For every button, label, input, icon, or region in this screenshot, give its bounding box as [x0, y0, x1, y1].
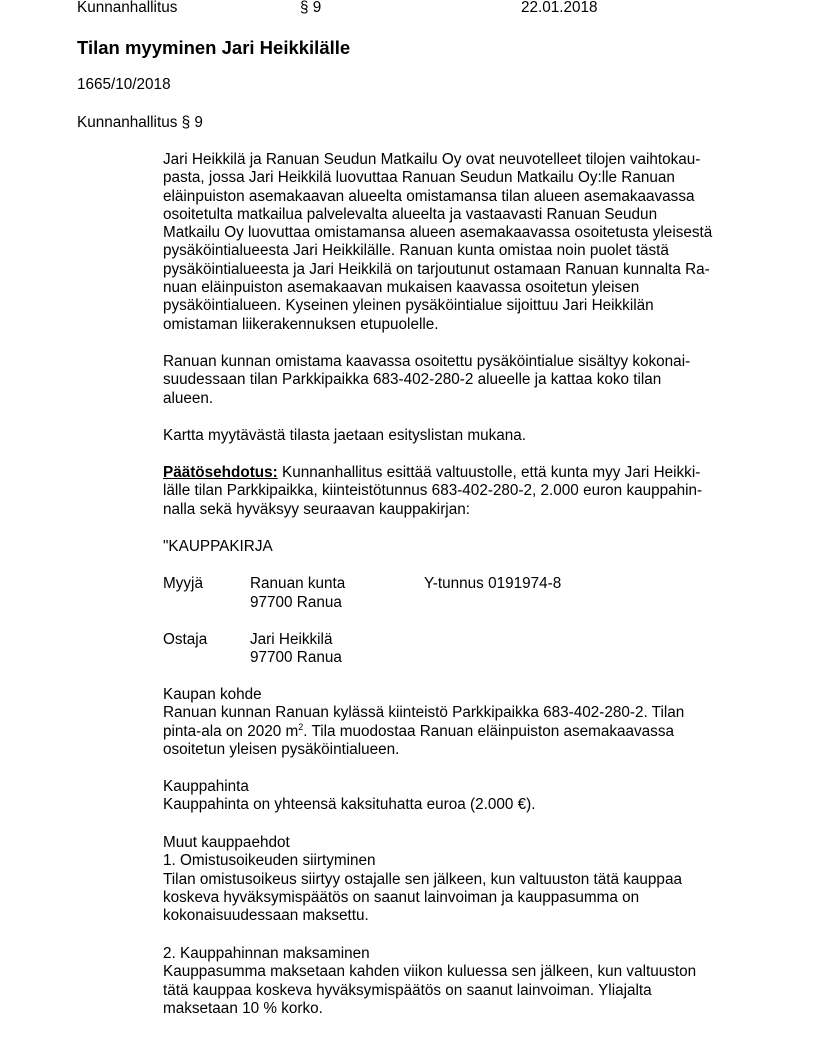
- text-line: eläinpuiston asemakaavan alueelta omista…: [163, 188, 753, 206]
- seller-name: Ranuan kunta: [250, 575, 345, 593]
- text-line: pasta, jossa Jari Heikkilä luovuttaa Ran…: [163, 169, 753, 187]
- text-line: nuan eläinpuiston asemakaavan mukaisen k…: [163, 279, 753, 297]
- contract-heading: "KAUPPAKIRJA: [163, 538, 753, 556]
- text-line: tätä kauppaa koskeva hyväksymispäätös on…: [163, 982, 753, 1000]
- buyer-address: 97700 Ranua: [250, 649, 342, 667]
- seller-label: Myyjä: [163, 575, 203, 593]
- text-line: lälle tilan Parkkipaikka, kiinteistötunn…: [163, 482, 753, 500]
- text-fragment: . Tila muodostaa Ranuan eläinpuiston ase…: [303, 723, 674, 740]
- text-line: osoitetun yleisen pysäköintialueen.: [163, 741, 753, 759]
- paragraph-background: Jari Heikkilä ja Ranuan Seudun Matkailu …: [163, 151, 753, 334]
- text-line: nalla sekä hyväksyy seuraavan kauppakirj…: [163, 501, 753, 519]
- header-section: § 9: [300, 0, 321, 17]
- seller-business-id: Y-tunnus 0191974-8: [424, 575, 561, 593]
- header-date: 22.01.2018: [521, 0, 598, 17]
- text-line: kokonaisuudessaan maksettu.: [163, 907, 753, 925]
- text-fragment: pinta-ala on 2020 m: [163, 723, 298, 740]
- text-line: Tilan omistusoikeus siirtyy ostajalle se…: [163, 871, 753, 889]
- text-line: koskeva hyväksymispäätös on saanut lainv…: [163, 889, 753, 907]
- term-title: 1. Omistusoikeuden siirtyminen: [163, 852, 753, 870]
- payment-term-section: 2. Kauppahinnan maksaminen Kauppasumma m…: [163, 945, 753, 1018]
- text-line: Kunnanhallitus esittää valtuustolle, ett…: [278, 464, 701, 481]
- buyer-label: Ostaja: [163, 631, 207, 649]
- text-line: Kauppasumma maksetaan kahden viikon kulu…: [163, 963, 753, 981]
- text-line: pinta-ala on 2020 m2. Tila muodostaa Ran…: [163, 723, 753, 741]
- text-line: osoitetulta matkailua palvelevalta aluee…: [163, 206, 753, 224]
- text-line: Matkailu Oy luovuttaa omistamansa alueen…: [163, 224, 753, 242]
- term-title: 2. Kauppahinnan maksaminen: [163, 945, 753, 963]
- text-line: suudessaan tilan Parkkipaikka 683-402-28…: [163, 371, 753, 389]
- text-line: Jari Heikkilä ja Ranuan Seudun Matkailu …: [163, 151, 753, 169]
- decision-proposal: Päätösehdotus: Kunnanhallitus esittää va…: [163, 464, 753, 519]
- page-title: Tilan myyminen Jari Heikkilälle: [77, 37, 350, 59]
- text-line: alueen.: [163, 390, 753, 408]
- text-line: pysäköintialueesta ja Jari Heikkilä on t…: [163, 261, 753, 279]
- section-heading: Muut kauppaehdot: [163, 834, 753, 852]
- sale-object-section: Kaupan kohde Ranuan kunnan Ranuan kyläss…: [163, 686, 753, 759]
- text-line: Kartta myytävästä tilasta jaetaan esitys…: [163, 427, 753, 445]
- buyer-name: Jari Heikkilä: [250, 631, 332, 649]
- seller-address: 97700 Ranua: [250, 594, 342, 612]
- text-line: Kauppahinta on yhteensä kaksituhatta eur…: [163, 796, 753, 814]
- text-line: maksetaan 10 % korko.: [163, 1000, 753, 1018]
- board-reference: Kunnanhallitus § 9: [77, 114, 203, 132]
- contract-title: "KAUPPAKIRJA: [163, 538, 753, 556]
- paragraph-parking-area: Ranuan kunnan omistama kaavassa osoitett…: [163, 353, 753, 408]
- paragraph-map-note: Kartta myytävästä tilasta jaetaan esitys…: [163, 427, 753, 445]
- price-section: Kauppahinta Kauppahinta on yhteensä kaks…: [163, 778, 753, 815]
- header-body: Kunnanhallitus: [77, 0, 177, 17]
- text-line: omistaman liikerakennuksen etupuolelle.: [163, 316, 753, 334]
- proposal-label: Päätösehdotus:: [163, 464, 278, 481]
- text-line: Ranuan kunnan omistama kaavassa osoitett…: [163, 353, 753, 371]
- text-line: pysäköintialueen. Kyseinen yleinen pysäk…: [163, 297, 753, 315]
- section-heading: Kaupan kohde: [163, 686, 753, 704]
- other-terms-section: Muut kauppaehdot 1. Omistusoikeuden siir…: [163, 834, 753, 925]
- section-heading: Kauppahinta: [163, 778, 753, 796]
- text-line: pysäköintialueesta Jari Heikkilälle. Ran…: [163, 242, 753, 260]
- document-number: 1665/10/2018: [77, 76, 171, 94]
- text-line: Ranuan kunnan Ranuan kylässä kiinteistö …: [163, 704, 753, 722]
